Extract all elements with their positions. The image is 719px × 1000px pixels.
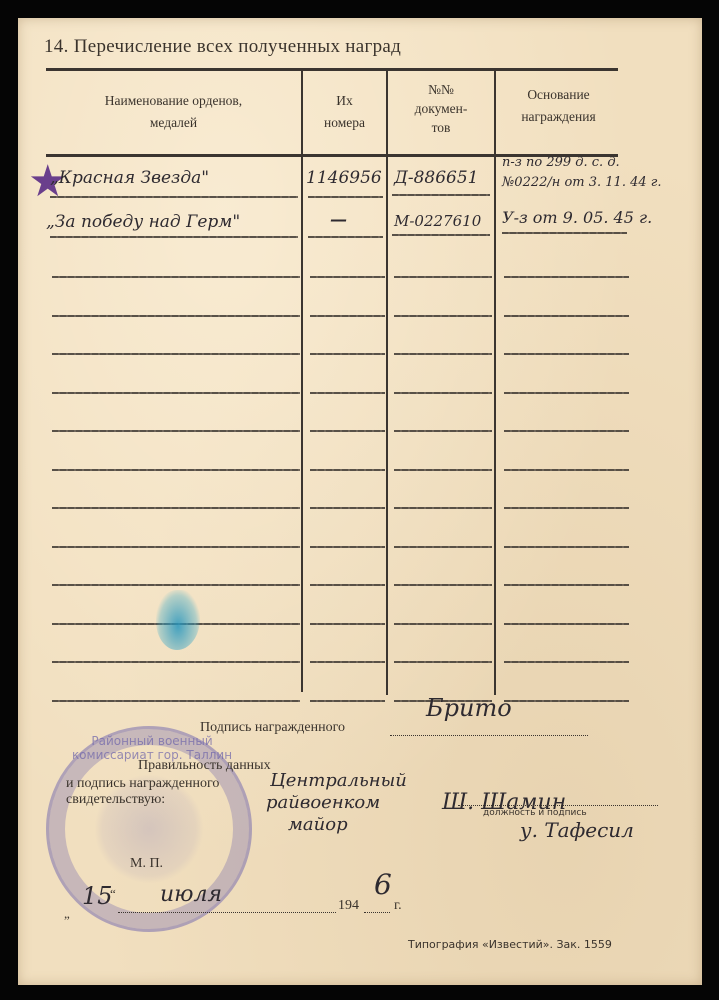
row-line <box>52 392 300 394</box>
printer-note: Типография «Известий». Зак. 1559 <box>408 938 612 951</box>
row-line <box>394 507 492 509</box>
row-line <box>310 276 385 278</box>
row-line <box>310 661 385 663</box>
row-line <box>52 353 300 355</box>
row-line <box>504 430 629 432</box>
row-line <box>52 584 300 586</box>
row1-award-name: „Красная Звезда" <box>50 168 209 188</box>
row-line <box>52 661 300 663</box>
close-quote: “ <box>110 886 116 902</box>
row-line <box>310 700 385 702</box>
column-divider-3 <box>494 70 496 695</box>
row-line <box>504 276 629 278</box>
row-line <box>504 392 629 394</box>
header-basis-line2: награждения <box>496 106 621 128</box>
header-documents-line1: №№ <box>388 80 494 99</box>
header-award-name-line1: Наименование орденов, <box>46 90 301 112</box>
row-line <box>310 392 385 394</box>
section-title: 14. Перечисление всех полученных наград <box>44 36 401 58</box>
date-year-line <box>364 911 390 913</box>
row2-number: — <box>330 210 347 230</box>
row-line <box>504 623 629 625</box>
row2-document-no: М-0227610 <box>394 212 481 230</box>
position-caption: должность и подпись <box>483 808 587 818</box>
official-name: у. Тафесил <box>520 818 634 842</box>
header-documents: №№ докумен- тов <box>388 80 494 137</box>
row-line <box>310 507 385 509</box>
date-month-line <box>118 911 336 913</box>
row-line <box>392 194 490 196</box>
certify-line1: Правильность данных <box>138 758 271 774</box>
row-line <box>504 546 629 548</box>
header-numbers-line1: Их <box>303 90 386 112</box>
row-line <box>52 700 300 702</box>
header-top-rule <box>46 68 618 71</box>
row-line <box>52 507 300 509</box>
certify-line3: свидетельствую: <box>66 792 165 808</box>
ink-blot <box>156 590 200 650</box>
row-line <box>310 623 385 625</box>
date-year-unit: г. <box>394 898 402 914</box>
row-line <box>392 234 490 236</box>
row-line <box>310 469 385 471</box>
row-line <box>310 430 385 432</box>
open-quote: „ <box>64 906 70 922</box>
row-line <box>308 196 383 198</box>
certify-line2: и подпись награжденного <box>66 776 219 792</box>
row-line <box>310 353 385 355</box>
column-divider-2 <box>386 70 388 695</box>
row-line <box>504 661 629 663</box>
row-line <box>394 430 492 432</box>
row-line <box>50 236 298 238</box>
row-line <box>394 315 492 317</box>
official-title-line2: райвоенком <box>266 792 380 813</box>
row2-basis-line1: У-з от 9. 05. 45 г. <box>502 208 652 227</box>
date-month: июля <box>160 882 222 907</box>
row-line <box>394 353 492 355</box>
row-line <box>394 584 492 586</box>
row-line <box>52 469 300 471</box>
row-line <box>308 236 383 238</box>
header-documents-line3: тов <box>388 118 494 137</box>
header-basis: Основание награждения <box>496 84 621 128</box>
official-title-line1: Центральный <box>270 770 407 791</box>
row-line <box>52 430 300 432</box>
award-record-page: 14. Перечисление всех полученных наград … <box>18 18 702 985</box>
row-line <box>502 232 627 234</box>
row-line <box>504 469 629 471</box>
date-day: 15 <box>82 882 113 910</box>
header-documents-line2: докумен- <box>388 99 494 118</box>
column-divider-1 <box>301 70 303 692</box>
row1-basis-line1: п-з по 299 д. с. д. <box>502 155 620 170</box>
row-line <box>394 623 492 625</box>
row-line <box>504 353 629 355</box>
header-numbers-line2: номера <box>303 112 386 134</box>
row-line <box>52 276 300 278</box>
row1-document-no: Д-886651 <box>394 168 478 188</box>
row-line <box>394 469 492 471</box>
official-rank: майор <box>288 814 348 835</box>
row-line <box>504 584 629 586</box>
row-line <box>50 196 298 198</box>
row-line <box>394 661 492 663</box>
signature-line <box>390 734 588 736</box>
row1-basis-line2: №0222/н от 3. 11. 44 г. <box>502 175 661 190</box>
position-signature-line <box>458 804 658 806</box>
row1-number: 1146956 <box>306 168 382 188</box>
row-line <box>310 584 385 586</box>
header-basis-line1: Основание <box>496 84 621 106</box>
date-year-suffix: 6 <box>374 868 392 901</box>
row-line <box>394 276 492 278</box>
row-line <box>394 546 492 548</box>
row-line <box>52 546 300 548</box>
seal-placeholder-label: М. П. <box>130 856 163 872</box>
date-year-prefix: 194 <box>338 898 359 914</box>
header-award-name-line2: медалей <box>46 112 301 134</box>
row-line <box>310 546 385 548</box>
row-line <box>504 700 629 702</box>
row-line <box>52 315 300 317</box>
header-numbers: Их номера <box>303 90 386 134</box>
row-line <box>504 315 629 317</box>
row-line <box>310 315 385 317</box>
row2-award-name: „За победу над Герм" <box>46 212 240 232</box>
row-line <box>504 507 629 509</box>
recipient-signature: Брито <box>426 694 512 722</box>
row-line <box>394 392 492 394</box>
header-award-name: Наименование орденов, медалей <box>46 90 301 134</box>
